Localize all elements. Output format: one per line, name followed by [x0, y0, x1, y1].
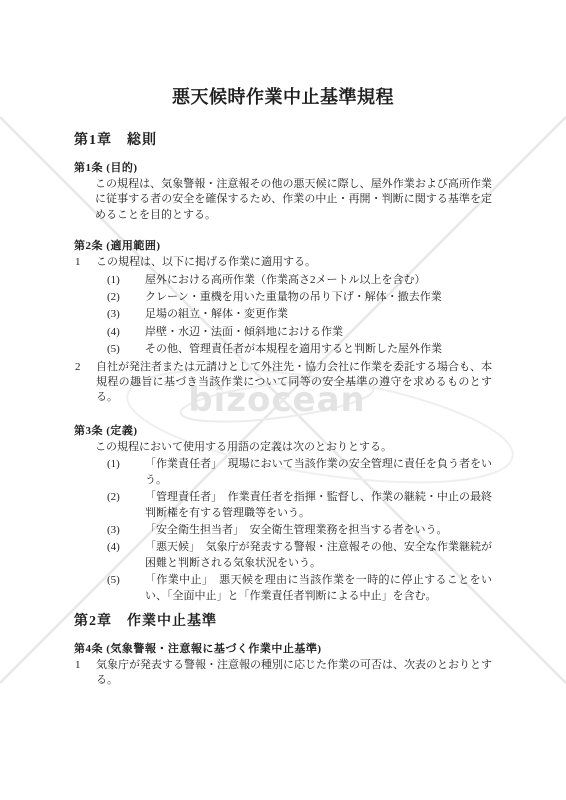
subitem-number: (2): [107, 490, 145, 521]
subitem-number: (5): [107, 573, 145, 604]
article-2-subitem-5: (5) その他、管理責任者が本規程を適用すると判断した屋外作業: [107, 342, 492, 357]
subitem-number: (4): [107, 540, 145, 571]
subitem-text: 屋外における高所作業（作業高さ2メートル以上を含む）: [145, 273, 492, 288]
definition-text: 「悪天候」 気象庁が発表する警報・注意報その他、安全な作業継続が困難と判断される…: [145, 540, 492, 571]
document-content: 悪天候時作業中止基準規程 第1章 総則 第1条 (目的) この規程は、気象警報・…: [74, 86, 492, 689]
article-2-subitem-2: (2) クレーン・重機を用いた重量物の吊り下げ・解体・撤去作業: [107, 290, 492, 305]
article-3-definition-4: (4) 「悪天候」 気象庁が発表する警報・注意報その他、安全な作業継続が困難と判…: [107, 540, 492, 571]
subitem-number: (3): [107, 523, 145, 538]
article-3-definition-2: (2) 「管理責任者」 作業責任者を指揮・監督し、作業の継続・中止の最終判断権を…: [107, 490, 492, 521]
article-3-definition-3: (3) 「安全衛生担当者」 安全衛生管理業務を担当する者をいう。: [107, 523, 492, 538]
subitem-number: (5): [107, 342, 145, 357]
chapter-1-heading: 第1章 総則: [74, 132, 492, 149]
subitem-number: (1): [107, 457, 145, 488]
item-text: この規程は、以下に掲げる作業に適用する。: [96, 255, 492, 270]
article-3-definition-1: (1) 「作業責任者」 現場において当該作業の安全管理に責任を負う者をいう。: [107, 457, 492, 488]
chapter-2-heading: 第2章 作業中止基準: [74, 613, 492, 630]
article-1-body: この規程は、気象警報・注意報その他の悪天候に際し、屋外作業および高所作業に従事す…: [95, 177, 492, 223]
subitem-text: 岸壁・水辺・法面・傾斜地における作業: [145, 325, 492, 340]
definition-text: 「安全衛生担当者」 安全衛生管理業務を担当する者をいう。: [145, 523, 492, 538]
article-2-heading: 第2条 (適用範囲): [74, 240, 492, 253]
subitem-text: 足場の組立・解体・変更作業: [145, 307, 492, 322]
article-4-item-1: 1 気象庁が発表する警報・注意報の種別に応じた作業の可否は、次表のとおりとする。: [74, 658, 492, 689]
definition-text: 「作業中止」 悪天候を理由に当該作業を一時的に停止することをいい、「全面中止」と…: [145, 573, 492, 604]
article-2-subitem-4: (4) 岸壁・水辺・法面・傾斜地における作業: [107, 325, 492, 340]
article-3-definition-5: (5) 「作業中止」 悪天候を理由に当該作業を一時的に停止することをいい、「全面…: [107, 573, 492, 604]
definition-text: 「管理責任者」 作業責任者を指揮・監督し、作業の継続・中止の最終判断権を有する管…: [145, 490, 492, 521]
article-3-lead: この規程において使用する用語の定義は次のとおりとする。: [95, 440, 492, 455]
item-text: 気象庁が発表する警報・注意報の種別に応じた作業の可否は、次表のとおりとする。: [96, 658, 492, 689]
article-4-heading: 第4条 (気象警報・注意報に基づく作業中止基準): [74, 643, 492, 656]
item-number: 1: [74, 255, 96, 270]
subitem-number: (4): [107, 325, 145, 340]
subitem-number: (1): [107, 273, 145, 288]
document-page: bizocean 悪天候時作業中止基準規程 第1章 総則 第1条 (目的) この…: [0, 0, 566, 800]
definition-text: 「作業責任者」 現場において当該作業の安全管理に責任を負う者をいう。: [145, 457, 492, 488]
item-text: 自社が発注者または元請けとして外注先・協力会社に作業を委託する場合も、本規程の趣…: [96, 360, 492, 406]
subitem-text: その他、管理責任者が本規程を適用すると判断した屋外作業: [145, 342, 492, 357]
subitem-text: クレーン・重機を用いた重量物の吊り下げ・解体・撤去作業: [145, 290, 492, 305]
subitem-number: (3): [107, 307, 145, 322]
article-3-heading: 第3条 (定義): [74, 425, 492, 438]
article-2-item-2: 2 自社が発注者または元請けとして外注先・協力会社に作業を委託する場合も、本規程…: [74, 360, 492, 406]
subitem-number: (2): [107, 290, 145, 305]
article-2-item-1: 1 この規程は、以下に掲げる作業に適用する。: [74, 255, 492, 270]
article-2-subitem-1: (1) 屋外における高所作業（作業高さ2メートル以上を含む）: [107, 273, 492, 288]
article-1-heading: 第1条 (目的): [74, 162, 492, 175]
document-title: 悪天候時作業中止基準規程: [74, 86, 492, 108]
article-2-subitem-3: (3) 足場の組立・解体・変更作業: [107, 307, 492, 322]
item-number: 1: [74, 658, 96, 689]
item-number: 2: [74, 360, 96, 406]
